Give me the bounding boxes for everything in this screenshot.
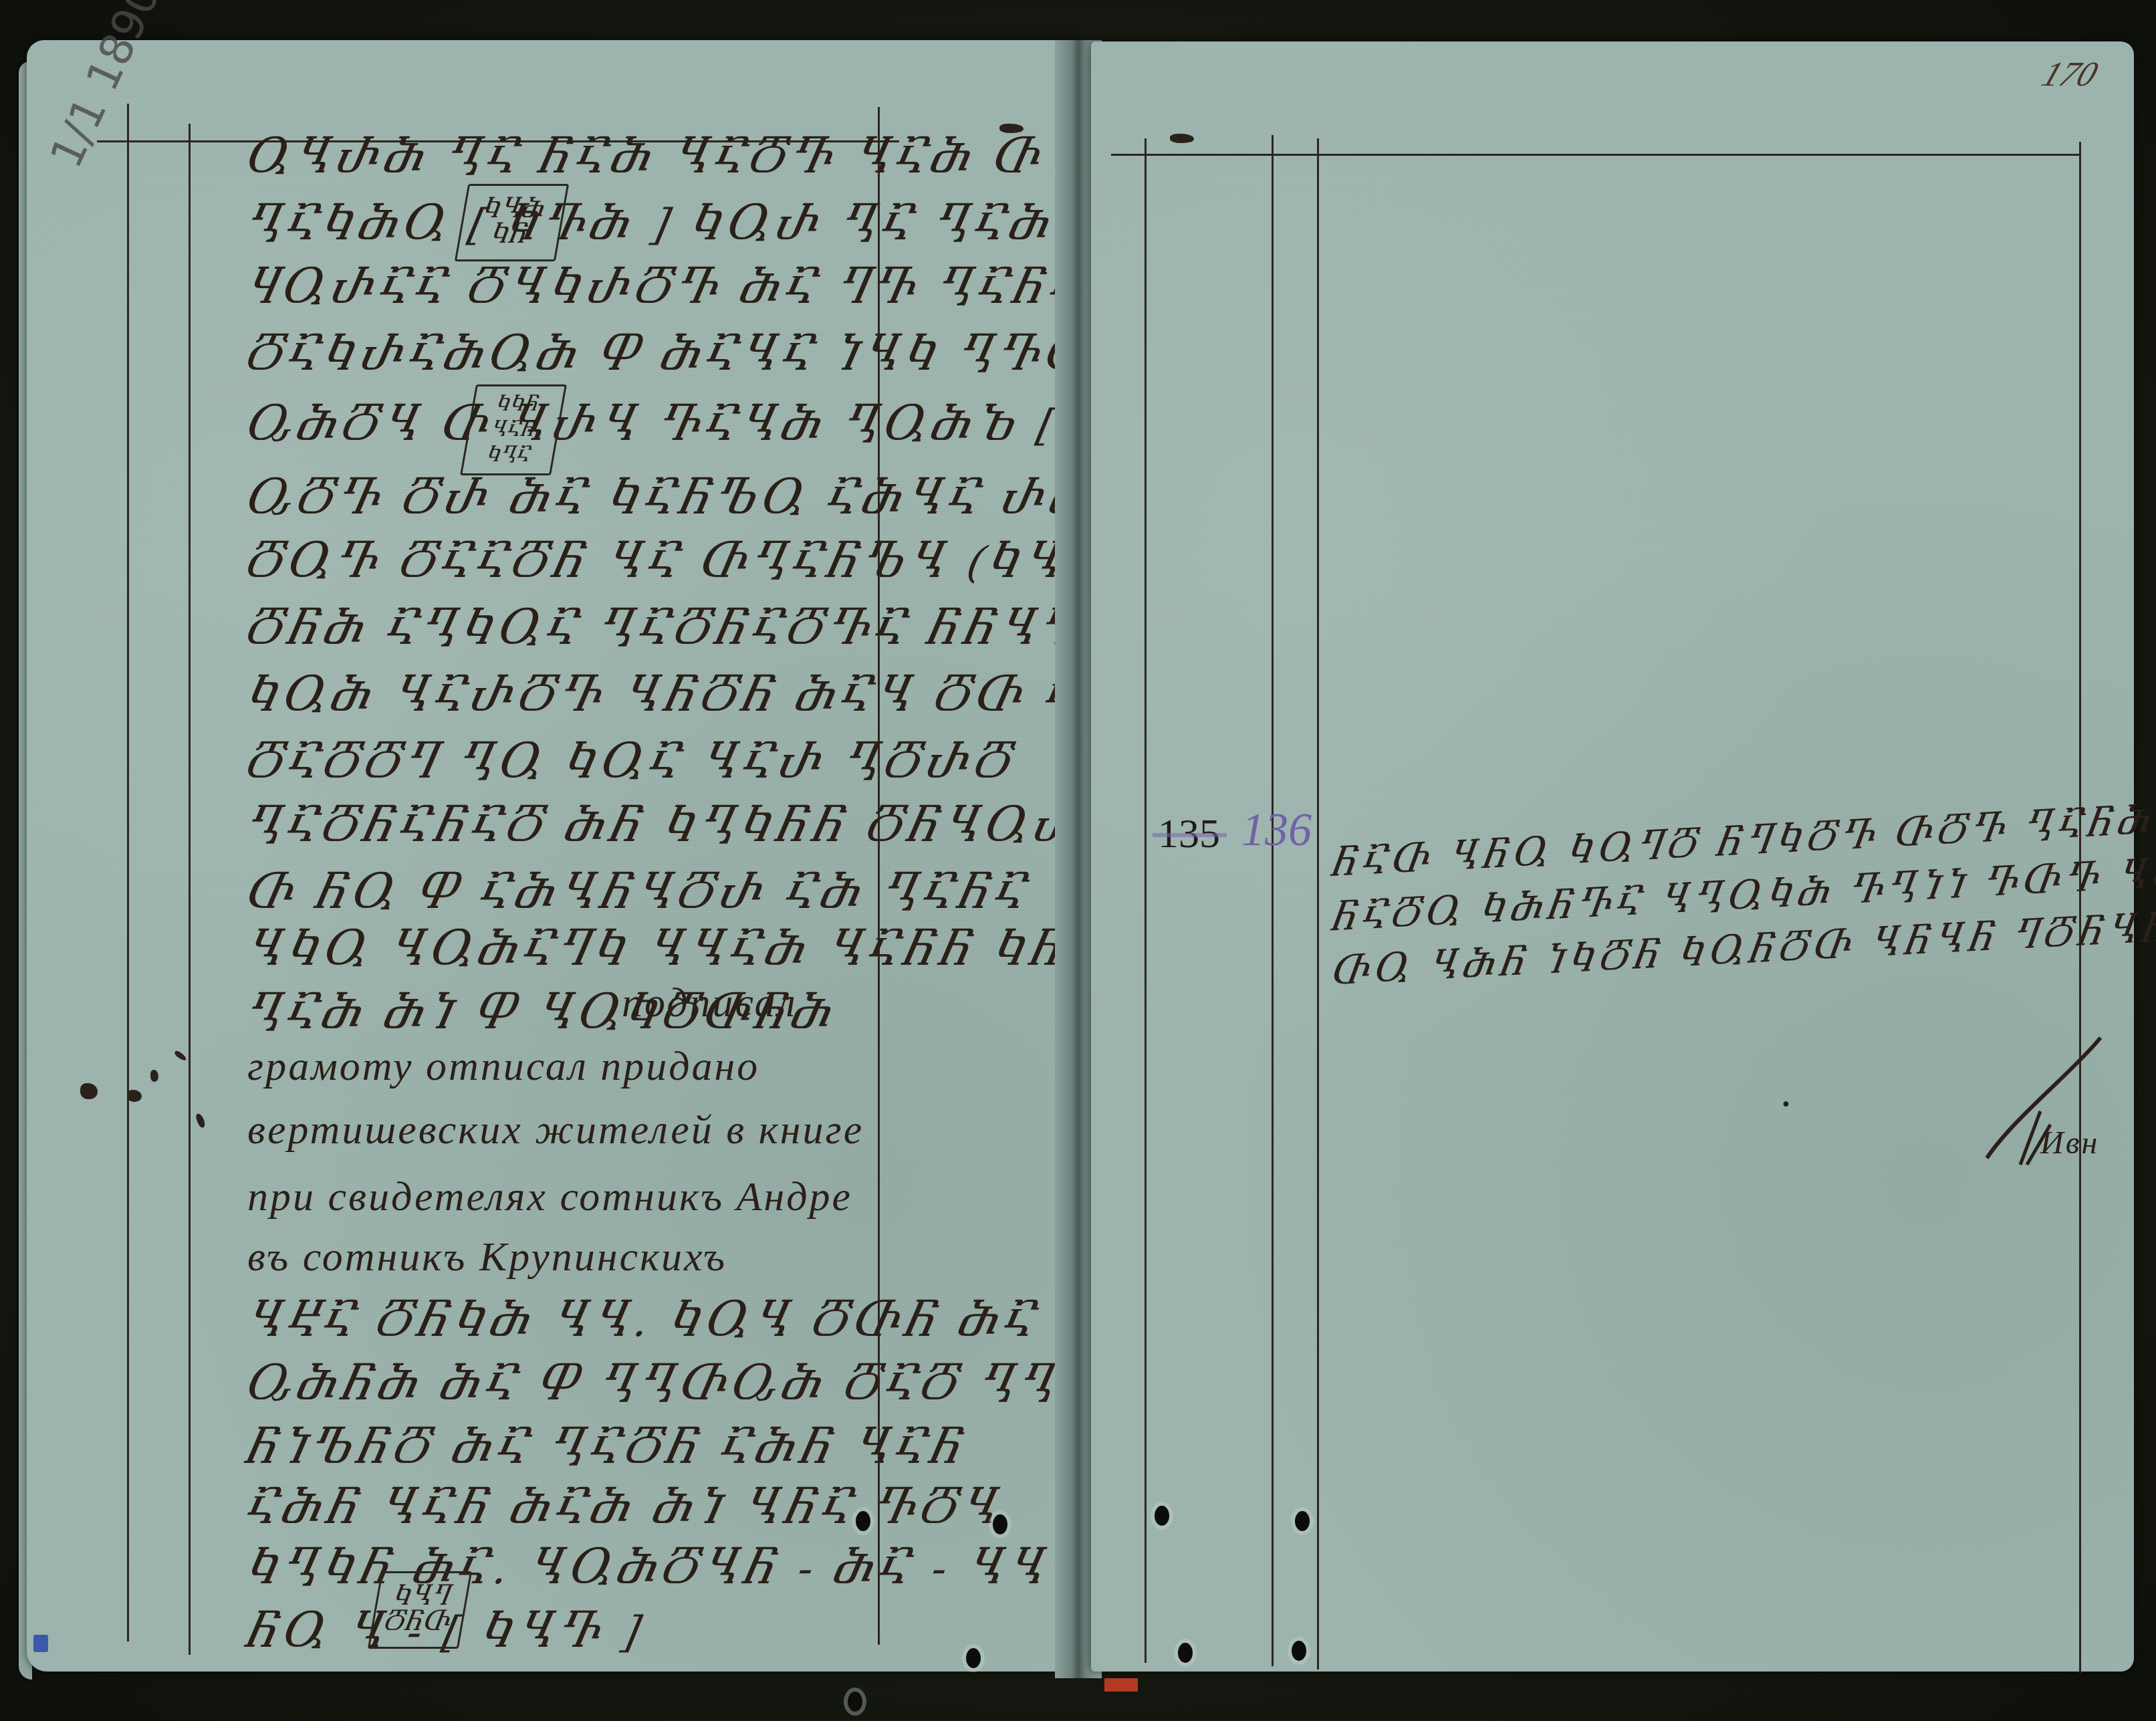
mixed-line-russian: подписал [622, 980, 798, 1027]
binding-hole [856, 1511, 870, 1531]
binding-hole [1155, 1506, 1169, 1526]
quill-mark [999, 124, 1024, 133]
text-line-13: ႡႩႳ ႡႳႫႠႤႩ ႡႡႠႫ ႡႠႬႬ ႩႬႩႠႬ [242, 926, 1180, 976]
entry-number-corrected: 136 [1241, 804, 1312, 857]
text-line-8: ႣႬႫ ႠႢႩႳႠ ႢႠႣႬႠႣႥႠ ႬႬႡႤ [242, 605, 1082, 655]
folio-number: 170 [2036, 55, 2103, 94]
binding-hole [966, 1648, 981, 1668]
red-ribbon-marker [1104, 1678, 1138, 1692]
signature: Ивн [2040, 1125, 2099, 1161]
margin-rule-2 [189, 124, 191, 1655]
binding-hole [848, 1692, 862, 1712]
ink-spatter [195, 1113, 207, 1129]
ink-spatter [150, 1070, 158, 1082]
right-page: 170 135 136 ႬႠႧ ႡႬႳ ႩႳႤႣ ႬႤႩႣႥ ႧႣႥ ႢႠႬႫႧ… [1091, 41, 2134, 1672]
left-page: 1/1 1890 5 ႳႡႰႫ ႢႠ ႬႠႫ ႡႠႣႥ ႡႠႫ Ⴇ ႢႠ ႢႠႩ… [27, 40, 1083, 1672]
ink-spatter [127, 1090, 142, 1102]
ink-dot: · [1780, 1081, 1792, 1128]
russian-line-1: грамоту отписал придано [247, 1043, 759, 1091]
russian-line-3: при свидетелях сотникъ Андре [247, 1173, 852, 1221]
margin-rule-1 [1145, 138, 1147, 1663]
binding-hole [1295, 1511, 1310, 1531]
text-line-9: ႩႳႫ ႡႠႰႣႥ ႡႬႣႬ ႫႠႡ ႣႧ ႠႫႥ [242, 672, 1177, 721]
blue-tab-marker [33, 1635, 48, 1652]
ink-spatter [80, 1083, 98, 1099]
text-line-12: Ⴇ ႬႳ Ⴔ ႠႫႡႬႡႣႰ ႠႫ ႢႠႬႠ [242, 869, 1036, 919]
binding-hole [993, 1514, 1007, 1534]
text-line-17: ႠႫႬ ႡႠႬ ႫႠႫ ႫႨ ႡႬႠ ႥႣႡ [242, 1484, 1008, 1534]
text-line-16: ႬႨႪႬႣ ႫႠ ႢႠႣႬ ႠႫႬ ႡႠႬ [242, 1424, 972, 1474]
binding-hole [1178, 1643, 1193, 1663]
russian-line-4: въ сотникъ Крупинскихъ [247, 1234, 727, 1281]
strikethrough [1153, 833, 1227, 837]
margin-rule-right [2079, 142, 2081, 1673]
text-line-3: ႷႳႰႠႠ ႣႡႩႰႣႥ ႫႠ ႤႥ ႢႠႬႠႣႬ [242, 264, 1168, 314]
text-line-18: ႩႢႩႬ ႫႠ. ႡႳႫႣႡႬ - ႫႠ - ႡႡႥ - [242, 1544, 1138, 1594]
header-rule [1111, 154, 2080, 156]
russian-line-2: вертишевских жителей в книге [247, 1107, 864, 1154]
text-line-11: ႢႠႣႬႠႬႠႣ ႫႬ ႩႢႩႬႬ ႣႬႡႳႰ [242, 802, 1087, 852]
ink-spatter [174, 1050, 188, 1062]
text-line-6: ႭႣႥ ႣႰ ႫႠ ႩႠႬႪႳ ႠႫႡႠ ႰႫႢ [242, 475, 1140, 524]
entry-number-struck: 135 [1158, 810, 1220, 858]
quill-mark [1170, 134, 1194, 143]
margin-rule-3 [1317, 138, 1319, 1670]
margin-rule-1 [127, 104, 129, 1641]
text-line-1: ႳႡႰႫ ႢႠ ႬႠႫ ႡႠႣႥ ႡႠႫ Ⴇ ႢႠ [242, 134, 1143, 183]
margin-rule-2 [1272, 135, 1274, 1666]
binding-hole [1292, 1641, 1306, 1661]
boxed-abbreviation-2: ႩႩႬ ႡႠႬ ႩႢႠ [460, 384, 567, 475]
text-line-10: ႣႠႣႣႤ ႢႳ ႩႳႠ ႡႠႰ ႢႣႰႣ [242, 739, 1022, 788]
boxed-abbreviation-1: ႩႡႫ ႩႬ [455, 184, 569, 261]
boxed-abbreviation-4: ႩႡႤ ႣႬႧ [368, 1571, 472, 1649]
text-line-7: ႣႳႥ ႣႠႠႣႬ ႡႠ ႧႢႠႬႪႡ (ႩႡ) [242, 538, 1092, 588]
